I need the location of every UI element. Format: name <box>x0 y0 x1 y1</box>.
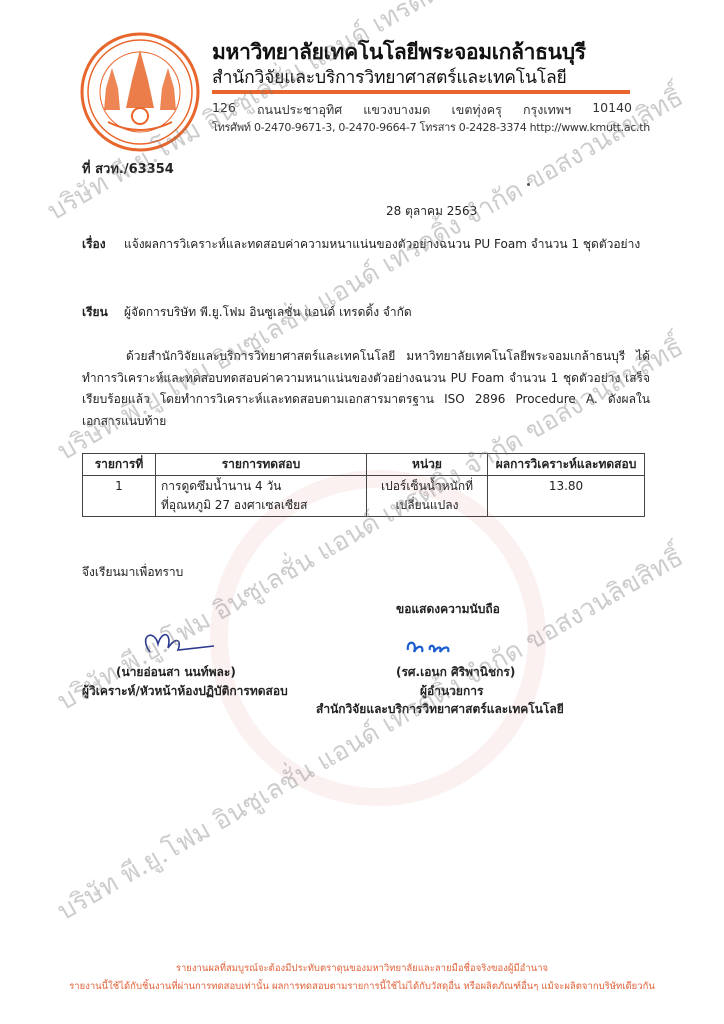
recipient-text: ผู้จัดการบริษัท พี.ยู.โฟม อินซูเลชั่น แอ… <box>124 302 412 323</box>
director-name: (รศ.เอนก ศิริพานิชกร) <box>396 663 515 682</box>
cell-unit: เปอร์เซ็นน้ำหนักที่ เปลี่ยนแปลง <box>367 476 488 517</box>
director-organization: สำนักวิจัยและบริการวิทยาศาสตร์และเทคโนโล… <box>316 700 564 719</box>
director-signature <box>404 636 464 658</box>
address-district: เขตทุ่งครุ <box>452 100 502 120</box>
address-number: 126 <box>212 100 236 120</box>
table-row: 1 การดูดซึมน้ำนาน 4 วัน ที่อุณหภูมิ 27 อ… <box>83 476 645 517</box>
subject-row: เรื่อง แจ้งผลการวิเคราะห์และทดสอบค่าความ… <box>82 234 652 255</box>
table-header-row: รายการที่ รายการทดสอบ หน่วย ผลการวิเคราะ… <box>83 454 645 476</box>
contact-line: โทรศัพท์ 0-2470-9671-3, 0-2470-9664-7 โท… <box>212 118 650 136</box>
cell-test: การดูดซึมน้ำนาน 4 วัน ที่อุณหภูมิ 27 องศ… <box>156 476 367 517</box>
subject-label: เรื่อง <box>82 234 124 255</box>
address-subdistrict: แขวงบางมด <box>363 100 430 120</box>
cell-result: 13.80 <box>488 476 645 517</box>
header-unit: หน่วย <box>367 454 488 476</box>
address-postcode: 10140 <box>592 100 632 120</box>
reference-number: ที่ สวท./63354 <box>82 158 174 179</box>
header-test: รายการทดสอบ <box>156 454 367 476</box>
analyst-name: (นายอ่อนสา นนท์พละ) <box>116 663 236 682</box>
recipient-label: เรียน <box>82 302 124 323</box>
analyst-signature <box>128 626 218 660</box>
institute-name: สำนักวิจัยและบริการวิทยาศาสตร์และเทคโนโล… <box>212 63 567 91</box>
director-position: ผู้อำนวยการ <box>420 682 483 701</box>
header-item-no: รายการที่ <box>83 454 156 476</box>
cell-item-no: 1 <box>83 476 156 517</box>
subject-text: แจ้งผลการวิเคราะห์และทดสอบค่าความหนาแน่น… <box>124 234 640 255</box>
address-road: ถนนประชาอุทิศ <box>257 100 342 120</box>
cell-unit-line1: เปอร์เซ็นน้ำหนักที่ <box>372 477 482 496</box>
closing-text: จึงเรียนมาเพื่อทราบ <box>82 563 183 582</box>
body-paragraph: ด้วยสำนักวิจัยและบริการวิทยาศาสตร์และเทค… <box>82 346 650 432</box>
address-city: กรุงเทพฯ <box>523 100 571 120</box>
header-result: ผลการวิเคราะห์และทดสอบ <box>488 454 645 476</box>
cell-test-line1: การดูดซึมน้ำนาน 4 วัน <box>161 477 361 496</box>
document-date: 28 ตุลาคม 2563 <box>386 202 477 221</box>
footer-note-2: รายงานนี้ใช้ได้กับชิ้นงานที่ผ่านการทดสอบ… <box>0 979 724 994</box>
speck <box>527 183 530 186</box>
analyst-position: ผู้วิเคราะห์/หัวหน้าห้องปฏิบัติการทดสอบ <box>82 682 288 701</box>
results-table: รายการที่ รายการทดสอบ หน่วย ผลการวิเคราะ… <box>82 453 645 517</box>
regards-text: ขอแสดงความนับถือ <box>396 600 500 619</box>
university-seal-icon <box>78 30 202 154</box>
cell-test-line2: ที่อุณหภูมิ 27 องศาเซลเซียส <box>161 496 361 515</box>
embossed-seal <box>210 470 546 806</box>
recipient-row: เรียน ผู้จัดการบริษัท พี.ยู.โฟม อินซูเลช… <box>82 302 652 323</box>
footer-note-1: รายงานผลที่สมบูรณ์จะต้องมีประทับตราดุนขอ… <box>0 961 724 976</box>
header-divider <box>212 90 630 94</box>
cell-unit-line2: เปลี่ยนแปลง <box>372 496 482 515</box>
address-line: 126 ถนนประชาอุทิศ แขวงบางมด เขตทุ่งครุ ก… <box>212 100 632 120</box>
